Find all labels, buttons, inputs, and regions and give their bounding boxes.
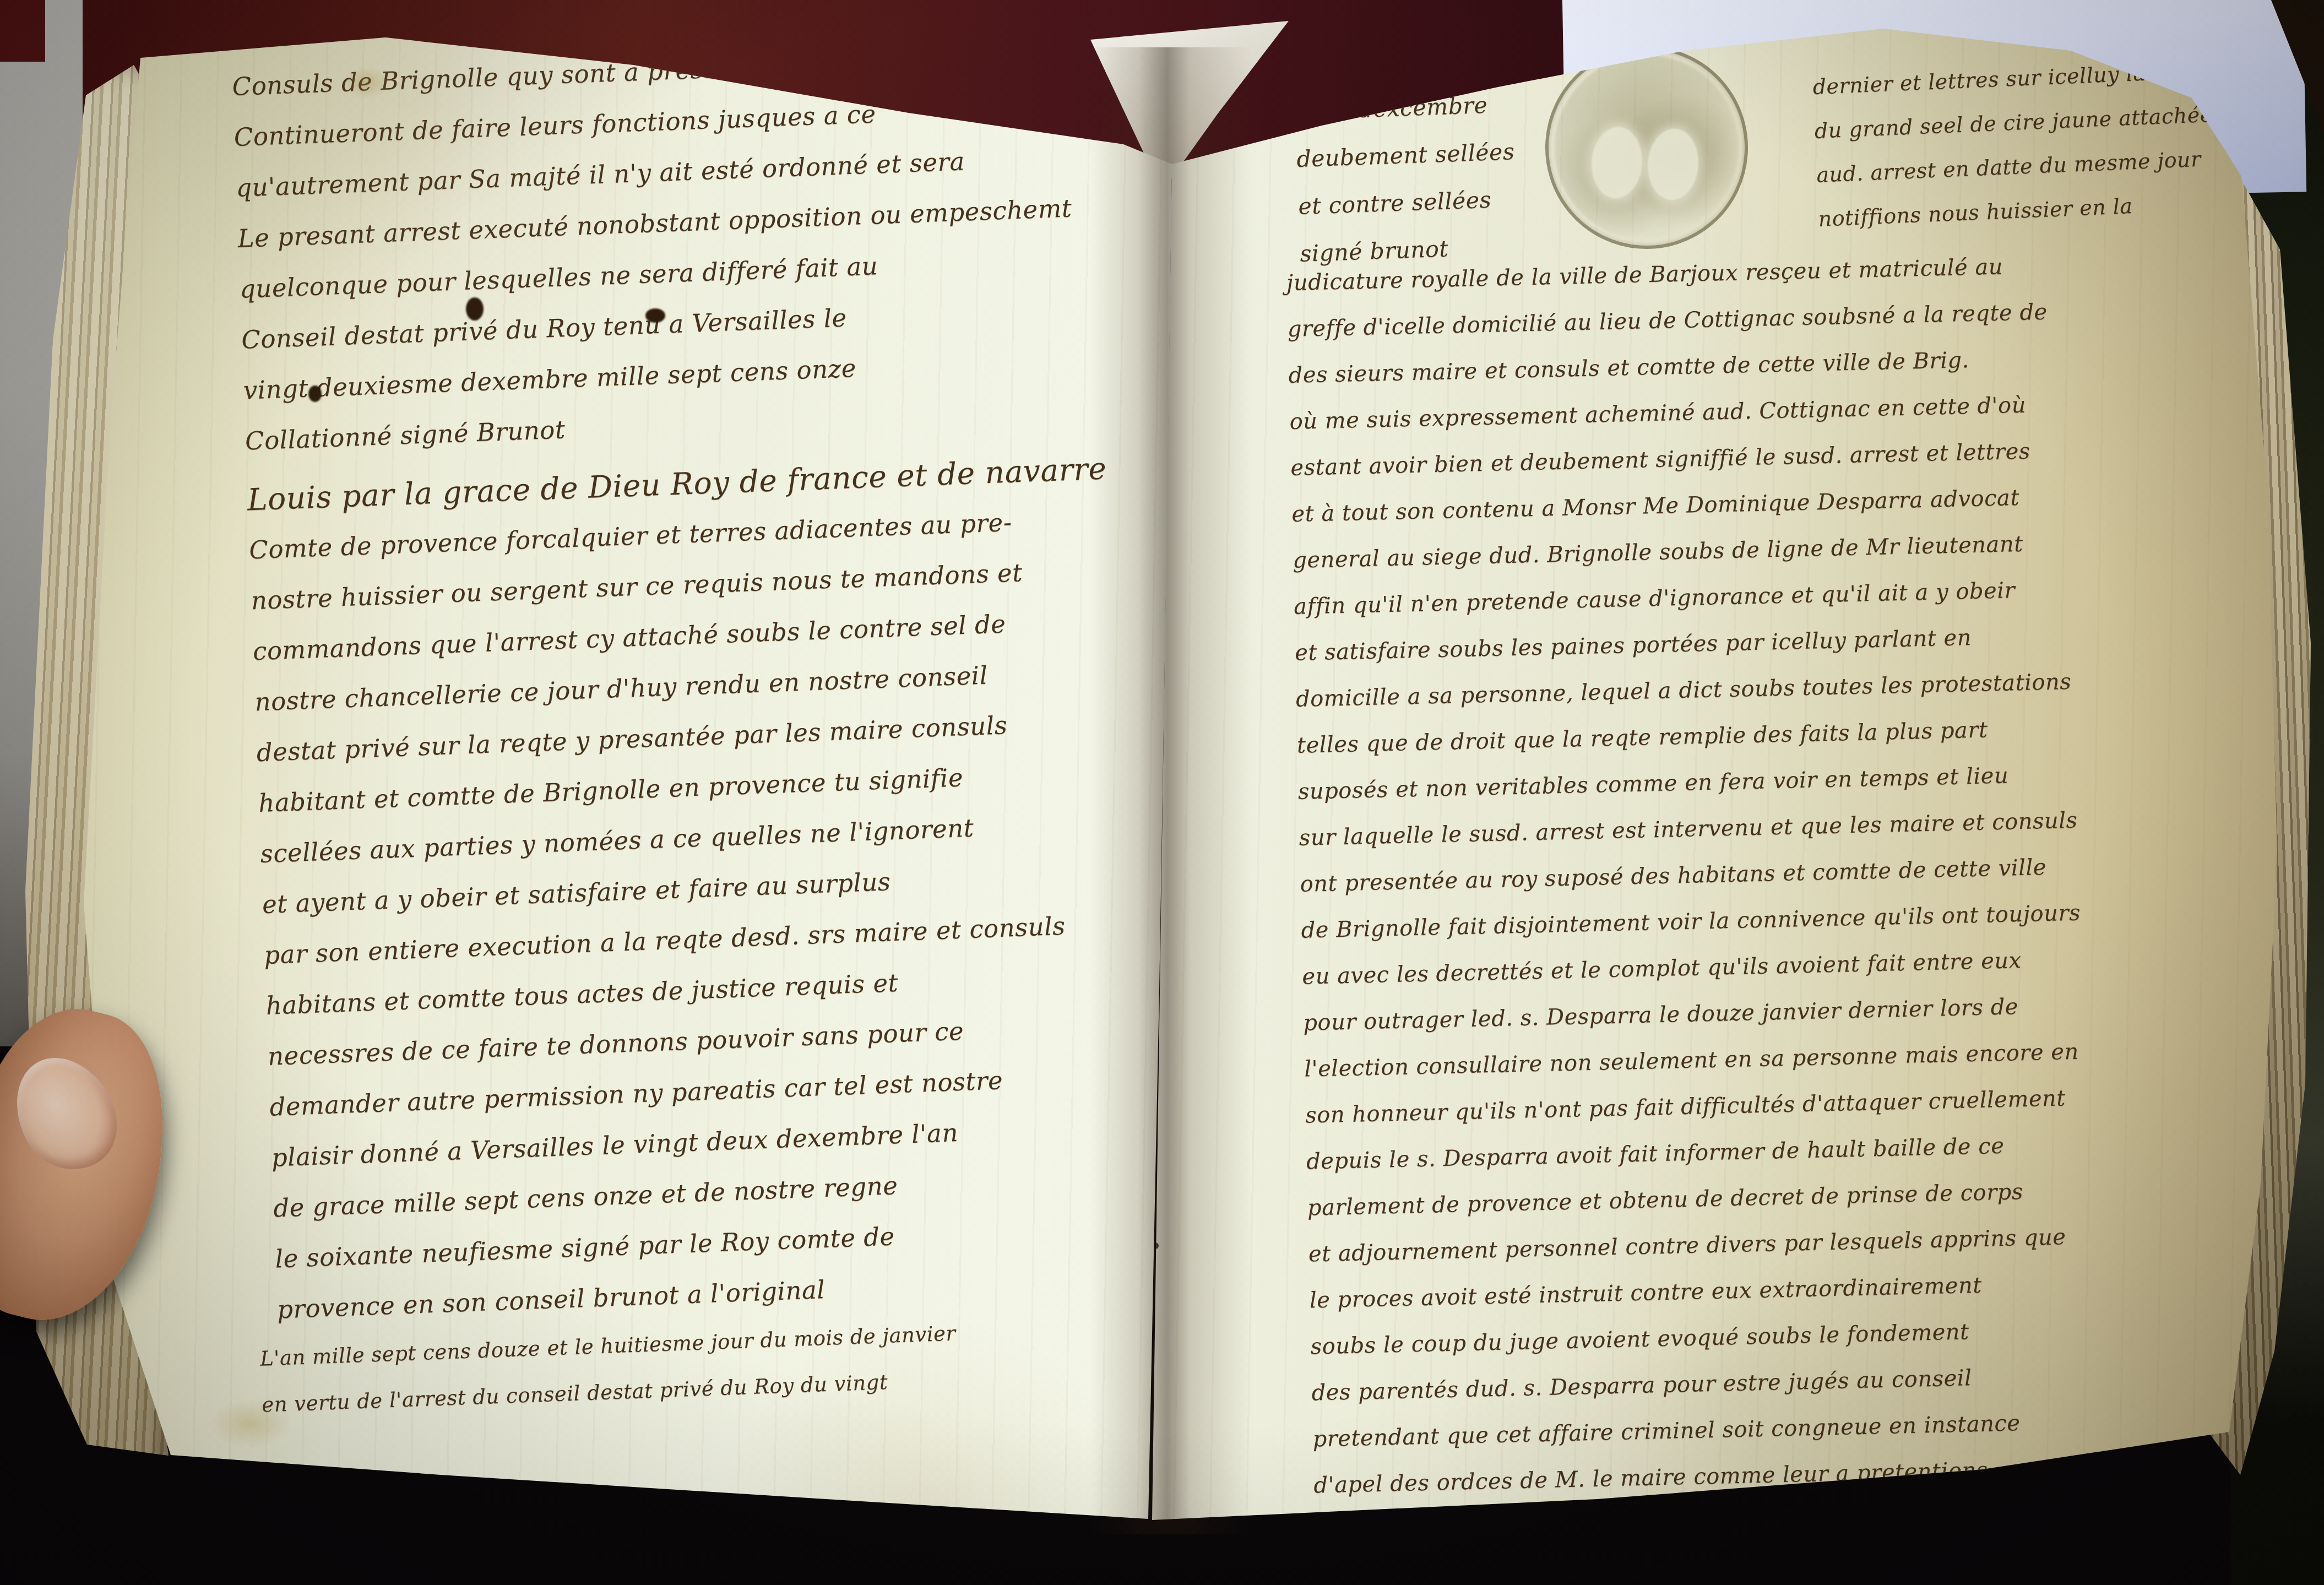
photo-of-open-manuscript-book: Consuls de Brignolle quy sont a presant … [0, 0, 2324, 1585]
right-page-text-block: judicature royalle de la ville de Barjou… [1286, 237, 2311, 1508]
reader-thumb [0, 1009, 159, 1323]
ink-blot [466, 297, 484, 321]
background-dark-corner [0, 0, 45, 62]
paper-stain [485, 1498, 595, 1553]
ink-blot [645, 308, 665, 323]
left-page-text-block: Consuls de Brignolle quy sont a presant … [231, 28, 1195, 1427]
ink-blot [308, 386, 322, 402]
